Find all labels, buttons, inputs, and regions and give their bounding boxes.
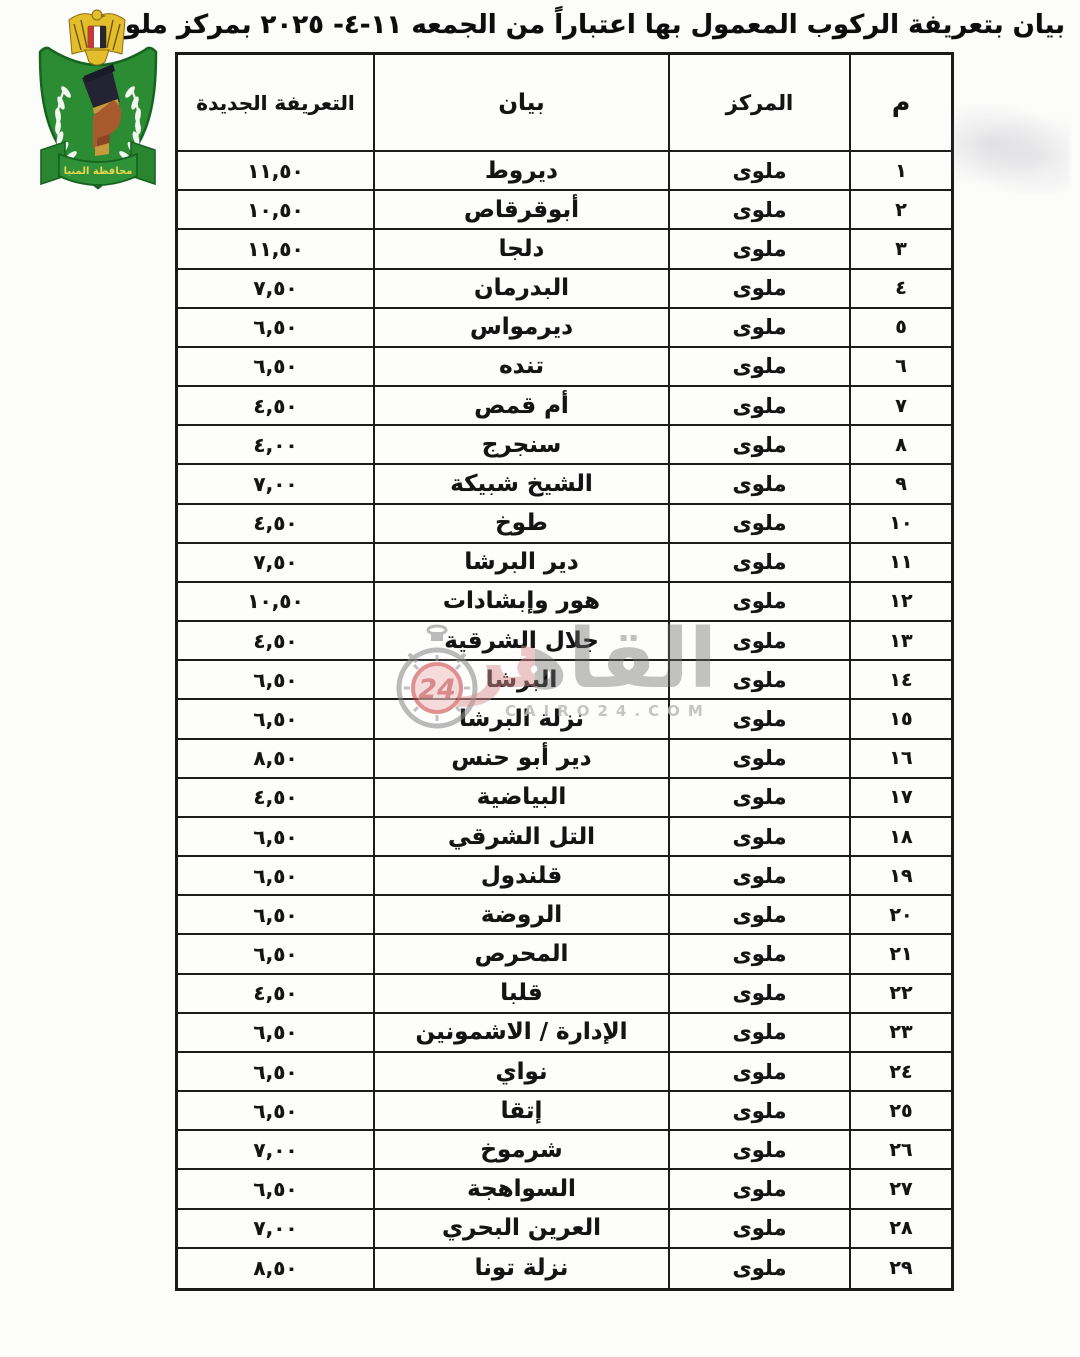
row-9-center: ملوى xyxy=(670,465,851,504)
row-10-fare: ٤,٥٠ xyxy=(178,505,375,544)
row-27-fare: ٦,٥٠ xyxy=(178,1170,375,1209)
row-20-fare: ٦,٥٠ xyxy=(178,896,375,935)
row-29-fare: ٨,٥٠ xyxy=(178,1249,375,1288)
row-20-center: ملوى xyxy=(670,896,851,935)
row-9-statement: الشيخ شبيكة xyxy=(375,465,670,504)
row-4-fare: ٧,٥٠ xyxy=(178,270,375,309)
row-6-statement: تنده xyxy=(375,348,670,387)
row-4-statement: البدرمان xyxy=(375,270,670,309)
row-23-center: ملوى xyxy=(670,1014,851,1053)
row-19-center: ملوى xyxy=(670,857,851,896)
row-17-statement: البياضية xyxy=(375,779,670,818)
row-8-fare: ٤,٠٠ xyxy=(178,426,375,465)
row-22-statement: قلبا xyxy=(375,975,670,1014)
row-10-center: ملوى xyxy=(670,505,851,544)
row-8-center: ملوى xyxy=(670,426,851,465)
header-new-fare: التعريفة الجديدة xyxy=(178,55,375,152)
row-24-center: ملوى xyxy=(670,1053,851,1092)
row-17-center: ملوى xyxy=(670,779,851,818)
row-25-no: ٢٥ xyxy=(851,1092,951,1131)
egypt-eagle-icon xyxy=(69,10,125,65)
row-2-center: ملوى xyxy=(670,191,851,230)
row-23-fare: ٦,٥٠ xyxy=(178,1014,375,1053)
row-1-fare: ١١,٥٠ xyxy=(178,152,375,191)
row-4-no: ٤ xyxy=(851,270,951,309)
row-26-no: ٢٦ xyxy=(851,1131,951,1170)
row-17-no: ١٧ xyxy=(851,779,951,818)
header-no: م xyxy=(851,55,951,152)
row-1-no: ١ xyxy=(851,152,951,191)
row-11-statement: دير البرشا xyxy=(375,544,670,583)
row-7-statement: أم قمص xyxy=(375,387,670,426)
row-2-no: ٢ xyxy=(851,191,951,230)
row-25-fare: ٦,٥٠ xyxy=(178,1092,375,1131)
row-12-no: ١٢ xyxy=(851,583,951,622)
row-22-center: ملوى xyxy=(670,975,851,1014)
row-6-center: ملوى xyxy=(670,348,851,387)
row-21-no: ٢١ xyxy=(851,935,951,974)
row-18-no: ١٨ xyxy=(851,818,951,857)
page-title: بيان بتعريفة الركوب المعمول بها اعتباراً… xyxy=(183,2,1065,48)
row-13-no: ١٣ xyxy=(851,622,951,661)
row-22-fare: ٤,٥٠ xyxy=(178,975,375,1014)
minya-governorate-emblem-logo: محافظة المنيا xyxy=(25,4,171,198)
row-26-center: ملوى xyxy=(670,1131,851,1170)
row-11-fare: ٧,٥٠ xyxy=(178,544,375,583)
row-28-center: ملوى xyxy=(670,1210,851,1249)
row-23-statement: الإدارة / الاشمونين xyxy=(375,1014,670,1053)
row-2-fare: ١٠,٥٠ xyxy=(178,191,375,230)
row-9-no: ٩ xyxy=(851,465,951,504)
header-center: المركز xyxy=(670,55,851,152)
row-1-statement: ديروط xyxy=(375,152,670,191)
row-13-center: ملوى xyxy=(670,622,851,661)
row-3-no: ٣ xyxy=(851,230,951,269)
row-15-statement: نزلة البرشا xyxy=(375,700,670,739)
document-sheet: بيان بتعريفة الركوب المعمول بها اعتباراً… xyxy=(0,0,1080,1357)
row-29-center: ملوى xyxy=(670,1249,851,1288)
row-16-center: ملوى xyxy=(670,740,851,779)
row-18-fare: ٦,٥٠ xyxy=(178,818,375,857)
row-16-fare: ٨,٥٠ xyxy=(178,740,375,779)
row-6-fare: ٦,٥٠ xyxy=(178,348,375,387)
row-12-statement: هور وإبشادات xyxy=(375,583,670,622)
row-14-statement: البرشا xyxy=(375,661,670,700)
row-29-no: ٢٩ xyxy=(851,1249,951,1288)
row-20-no: ٢٠ xyxy=(851,896,951,935)
row-5-no: ٥ xyxy=(851,309,951,348)
row-24-no: ٢٤ xyxy=(851,1053,951,1092)
row-28-no: ٢٨ xyxy=(851,1210,951,1249)
row-11-no: ١١ xyxy=(851,544,951,583)
row-5-fare: ٦,٥٠ xyxy=(178,309,375,348)
row-27-center: ملوى xyxy=(670,1170,851,1209)
row-19-fare: ٦,٥٠ xyxy=(178,857,375,896)
row-16-statement: دير أبو حنس xyxy=(375,740,670,779)
row-26-statement: شرموخ xyxy=(375,1131,670,1170)
row-25-statement: إتقا xyxy=(375,1092,670,1131)
row-20-statement: الروضة xyxy=(375,896,670,935)
row-25-center: ملوى xyxy=(670,1092,851,1131)
row-24-fare: ٦,٥٠ xyxy=(178,1053,375,1092)
row-3-fare: ١١,٥٠ xyxy=(178,230,375,269)
row-17-fare: ٤,٥٠ xyxy=(178,779,375,818)
row-8-no: ٨ xyxy=(851,426,951,465)
row-8-statement: سنجرج xyxy=(375,426,670,465)
row-7-no: ٧ xyxy=(851,387,951,426)
row-14-no: ١٤ xyxy=(851,661,951,700)
row-28-fare: ٧,٠٠ xyxy=(178,1210,375,1249)
row-24-statement: نواي xyxy=(375,1053,670,1092)
row-3-center: ملوى xyxy=(670,230,851,269)
row-23-no: ٢٣ xyxy=(851,1014,951,1053)
row-15-fare: ٦,٥٠ xyxy=(178,700,375,739)
row-9-fare: ٧,٠٠ xyxy=(178,465,375,504)
row-28-statement: العرين البحري xyxy=(375,1210,670,1249)
row-6-no: ٦ xyxy=(851,348,951,387)
row-5-statement: ديرمواس xyxy=(375,309,670,348)
row-2-statement: أبوقرقاص xyxy=(375,191,670,230)
row-15-center: ملوى xyxy=(670,700,851,739)
row-21-fare: ٦,٥٠ xyxy=(178,935,375,974)
scan-ghost-marks xyxy=(952,104,1070,192)
row-18-statement: التل الشرقي xyxy=(375,818,670,857)
row-29-statement: نزلة تونا xyxy=(375,1249,670,1288)
row-1-center: ملوى xyxy=(670,152,851,191)
row-26-fare: ٧,٠٠ xyxy=(178,1131,375,1170)
row-11-center: ملوى xyxy=(670,544,851,583)
row-12-center: ملوى xyxy=(670,583,851,622)
fare-table: م المركز بيان التعريفة الجديدة ١ملوىديرو… xyxy=(175,52,954,1291)
row-13-fare: ٤,٥٠ xyxy=(178,622,375,661)
row-3-statement: دلجا xyxy=(375,230,670,269)
row-10-statement: طوخ xyxy=(375,505,670,544)
row-15-no: ١٥ xyxy=(851,700,951,739)
row-14-center: ملوى xyxy=(670,661,851,700)
row-13-statement: جلال الشرقية xyxy=(375,622,670,661)
row-19-statement: قلندول xyxy=(375,857,670,896)
header-statement: بيان xyxy=(375,55,670,152)
row-18-center: ملوى xyxy=(670,818,851,857)
row-10-no: ١٠ xyxy=(851,505,951,544)
row-21-statement: المحرص xyxy=(375,935,670,974)
row-14-fare: ٦,٥٠ xyxy=(178,661,375,700)
emblem-banner-text: محافظة المنيا xyxy=(64,166,133,177)
row-21-center: ملوى xyxy=(670,935,851,974)
row-7-fare: ٤,٥٠ xyxy=(178,387,375,426)
row-5-center: ملوى xyxy=(670,309,851,348)
row-7-center: ملوى xyxy=(670,387,851,426)
row-19-no: ١٩ xyxy=(851,857,951,896)
row-12-fare: ١٠,٥٠ xyxy=(178,583,375,622)
row-27-no: ٢٧ xyxy=(851,1170,951,1209)
row-22-no: ٢٢ xyxy=(851,975,951,1014)
row-4-center: ملوى xyxy=(670,270,851,309)
row-27-statement: السواهجة xyxy=(375,1170,670,1209)
row-16-no: ١٦ xyxy=(851,740,951,779)
